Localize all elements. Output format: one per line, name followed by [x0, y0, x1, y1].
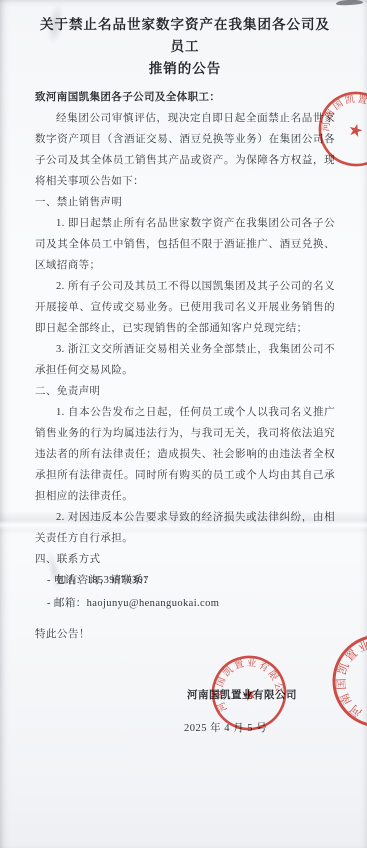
- contact-email: - 邮箱：haojunyu@henanguokai.com: [47, 593, 219, 616]
- section-1-item-1: 1. 即日起禁止所有名品世家数字资产在我集团公司各子公司及其全体员工中销售，包括…: [35, 213, 335, 276]
- seal-company-text: 河南国凯置业有限公司: [199, 643, 286, 718]
- document-title: 关于禁止名品世家数字资产在我集团各公司及员工 推销的公告: [35, 14, 335, 80]
- star-icon: ★: [239, 683, 259, 706]
- greeting-line: 致河南国凯集团各子公司及全体职工：: [35, 87, 335, 108]
- document-body: 关于禁止名品世家数字资产在我集团各公司及员工 推销的公告 致河南国凯集团各子公司…: [35, 14, 335, 591]
- section-2-heading: 二、免责声明: [35, 381, 335, 402]
- section-2-item-2: 2. 对因违反本公告要求导致的经济损失或法律纠纷，由相关责任方自行承担。: [35, 507, 335, 549]
- scan-artifact-corner: [336, 0, 363, 6]
- seal-graphic: 河南国凯置业有限公司 ★: [308, 610, 367, 751]
- contact-block: - 电话：18539970307 - 邮箱：haojunyu@henanguok…: [47, 570, 219, 615]
- contact-phone: - 电话：18539970307: [47, 570, 219, 593]
- scanned-announcement-page: 关于禁止名品世家数字资产在我集团各公司及员工 推销的公告 致河南国凯集团各子公司…: [0, 0, 367, 848]
- closing-line: 特此公告！: [35, 626, 90, 641]
- seal-company-text: 河南国凯置业有限公司: [308, 610, 367, 729]
- intro-paragraph: 经集团公司审慎评估，现决定自即日起全面禁止名品世家数字资产项目（含酒证交易、酒豆…: [35, 108, 335, 192]
- section-2-item-1: 1. 自本公告发布之日起，任何员工或个人以我司名义推广销售业务的行为均属违法行为…: [35, 402, 335, 507]
- title-line-1: 关于禁止名品世家数字资产在我集团各公司及员工: [35, 14, 335, 58]
- section-1-item-2: 2. 所有子公司及其员工不得以国凯集团及其子公司的名义开展接单、宣传或交易业务。…: [35, 276, 335, 339]
- title-line-2: 推销的公告: [35, 58, 335, 80]
- section-1-item-3: 3. 浙江文交所酒证交易相关业务全部禁止，我集团公司不承担任何交易风险。: [35, 339, 335, 381]
- section-1-heading: 一、禁止销售声明: [35, 192, 335, 213]
- section-4-heading: 四、联系方式: [35, 549, 335, 570]
- company-seal-bottom-right: 河南国凯置业有限公司 ★: [308, 610, 367, 751]
- star-icon: ★: [346, 119, 365, 141]
